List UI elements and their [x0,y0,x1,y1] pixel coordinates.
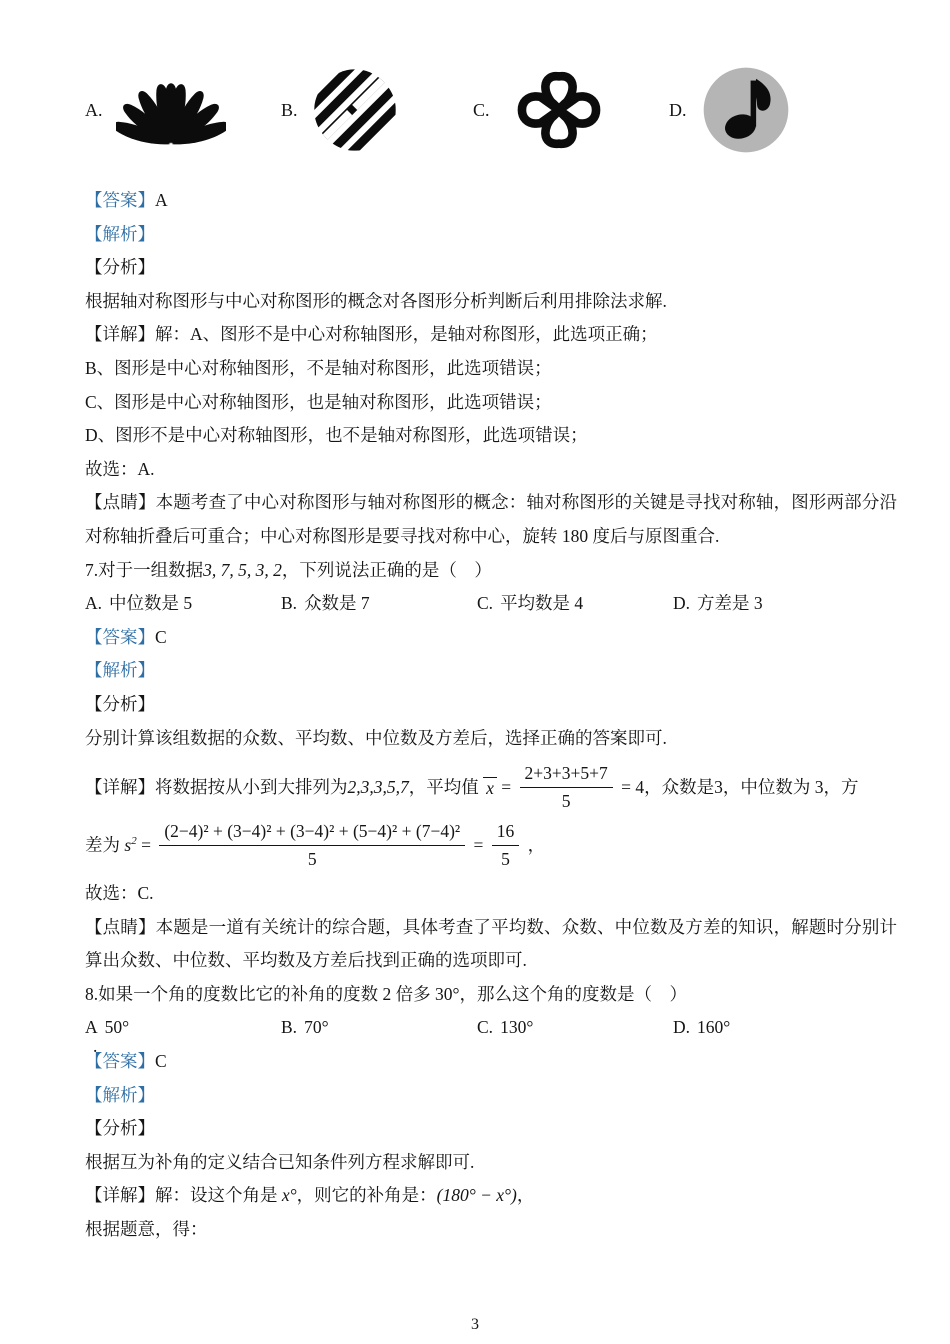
displaced-period: . [93,1030,97,1064]
q7-dianjing-text: 【点睛】本题是一道有关统计的综合题，具体考查了平均数、众数、中位数及方差的知识，… [85,911,897,978]
q7-option-b: B.众数是 7 [281,587,477,621]
q8-answer-value: C [155,1051,167,1071]
q6-detail-line-2: B、图形是中心对称轴图形，不是轴对称图形，此选项错误； [85,352,897,386]
q6-answer-line: 【答案】A [85,184,897,218]
q7-answer-value: C [155,627,167,647]
q7-options-row: A.中位数是 5 B.众数是 7 C.平均数是 4 D.方差是 3 [85,587,897,621]
q6-option-b: B. [281,58,399,162]
page-number: 3 [0,1316,950,1334]
variance-fraction: (2−4)² + (3−4)² + (3−4)² + (5−4)² + (7−4… [159,819,465,871]
q6-detail-line-1: 【详解】解：A、图形不是中心对称轴图形，是轴对称图形，此选项正确； [85,318,897,352]
mean-fraction: 2+3+3+5+75 [520,761,613,813]
q8-fenxi-tag-line: 【分析】 [85,1112,897,1146]
option-d-label: D. [669,100,687,121]
q8-option-c: C.130° [477,1011,673,1045]
q6-fenxi-text: 根据轴对称图形与中心对称图形的概念对各图形分析判断后利用排除法求解. [85,285,897,319]
q8-detail-line: 【详解】解：设这个角是 x°，则它的补角是：(180° − x°)， [85,1179,897,1213]
x-degree-symbol: x° [282,1185,297,1205]
q8-detail-line-2: 根据题意，得： [85,1213,897,1247]
q6-detail-line-4: D、图形不是中心对称轴图形，也不是轴对称图形，此选项错误； [85,419,897,453]
variance-result-fraction: 165 [492,819,520,871]
q7-jiexi-line: 【解析】 [85,654,897,688]
option-b-label: B. [281,100,298,121]
q7-answer-line: 【答案】C [85,621,897,655]
jiexi-tag: 【解析】 [85,224,155,244]
q8-option-d: D.160° [673,1011,730,1045]
x-bar-symbol: x [483,777,497,798]
q7-data-values: 3, 7, 5, 3, 2 [203,560,282,580]
q8-jiexi-line: 【解析】 [85,1079,897,1113]
q6-option-d: D. [669,58,792,162]
answer-tag: 【答案】 [85,190,155,210]
q6-jiexi-line: 【解析】 [85,218,897,252]
q7-fenxi-text: 分别计算该组数据的众数、平均数、中位数及方差后，选择正确的答案即可. [85,722,897,756]
q6-dianjing-text: 【点睛】本题考查了中心对称图形与轴对称图形的概念：轴对称图形的关键是寻找对称轴，… [85,486,897,553]
q7-option-c: C.平均数是 4 [477,587,673,621]
sorted-data: 2,3,3,5,7 [348,777,409,797]
s-squared-symbol: s2 [124,835,136,855]
china-mobile-logo-icon [311,62,399,158]
q6-logo-options-row: A. B. [85,58,897,170]
supplement-expression: (180° − x°) [437,1185,517,1205]
option-c-label: C. [473,100,490,121]
q7-conclusion: 故选：C. [85,877,897,911]
q6-option-c: C. [473,58,615,162]
q8-options-row: A.50° B.70° C.130° D.160° [85,1011,897,1045]
qq-music-logo-icon [700,64,792,156]
q7-stem: 7.对于一组数据3, 7, 5, 3, 2，下列说法正确的是（ ） [85,554,897,588]
q8-option-b: B.70° [281,1011,477,1045]
q6-conclusion: 故选：A. [85,453,897,487]
q8-stem: 8.如果一个角的度数比它的补角的度数 2 倍多 30°，那么这个角的度数是（ ） [85,978,897,1012]
jiexi-tag: 【解析】 [85,660,155,680]
q7-fenxi-tag-line: 【分析】 [85,688,897,722]
document-page: A. B. [85,58,897,1247]
q6-detail-line-3: C、图形是中心对称轴图形，也是轴对称图形，此选项错误； [85,386,897,420]
q7-detail-formula-line-1: 【详解】将数据按从小到大排列为2,3,3,5,7，平均值 x = 2+3+3+5… [85,761,897,813]
q8-fenxi-text: 根据互为补角的定义结合已知条件列方程求解即可. [85,1146,897,1180]
china-unicom-logo-icon [503,62,615,158]
q6-answer-value: A [155,190,168,210]
q6-fenxi-tag-line: 【分析】 [85,251,897,285]
q8-answer-line: 【答案】C [85,1045,897,1079]
jiexi-tag: 【解析】 [85,1085,155,1105]
q7-detail-formula-line-2: 差为 s2 = (2−4)² + (3−4)² + (3−4)² + (5−4)… [85,819,897,871]
huawei-logo-icon [116,60,226,160]
q6-option-a: A. [85,58,226,162]
q8-option-a: A.50° [85,1011,281,1045]
option-a-label: A. [85,100,103,121]
q7-option-a: A.中位数是 5 [85,587,281,621]
q7-option-d: D.方差是 3 [673,587,763,621]
answer-tag: 【答案】 [85,627,155,647]
